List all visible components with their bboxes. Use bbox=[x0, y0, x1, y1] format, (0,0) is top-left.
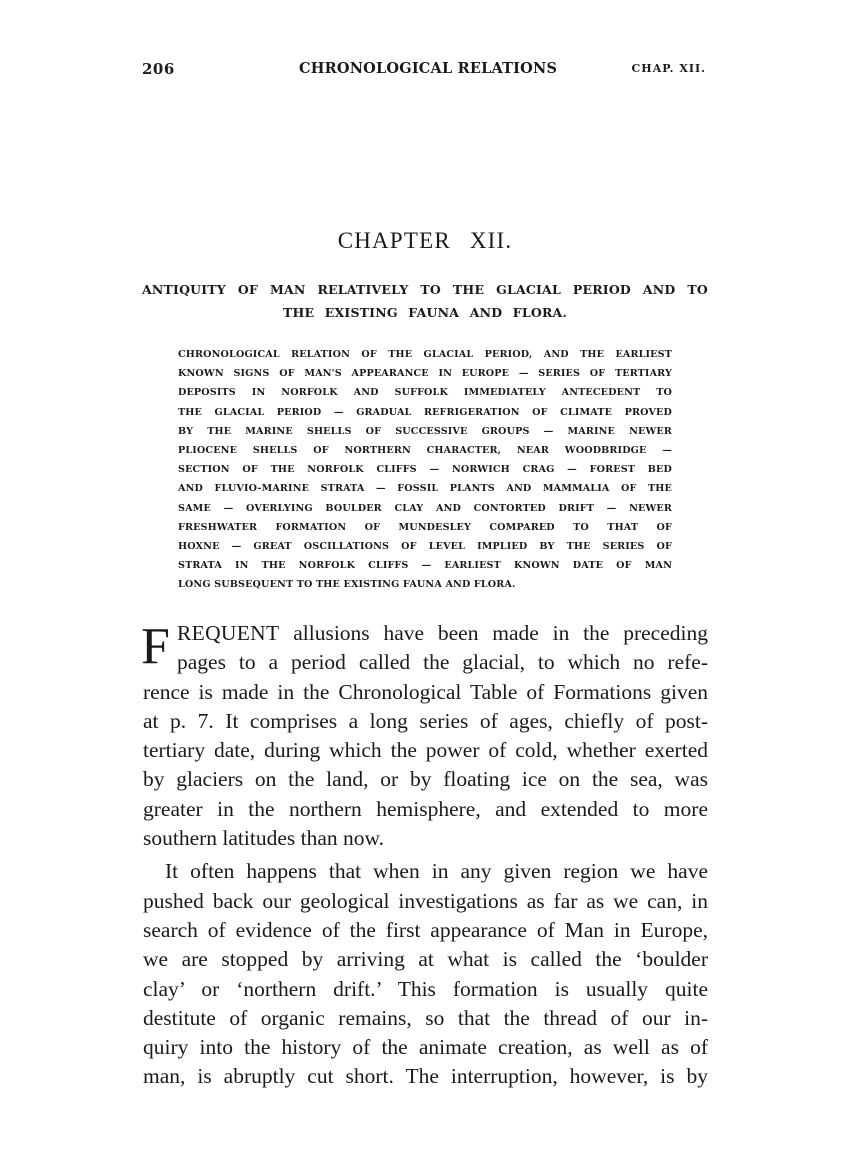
body-line: pushed back our geological investigation… bbox=[143, 887, 708, 916]
running-title: CHRONOLOGICAL RELATIONS bbox=[299, 60, 557, 77]
body-text: F REQUENT allusions have been made in th… bbox=[143, 619, 708, 1092]
body-line: tertiary date, during which the power of… bbox=[143, 736, 708, 765]
summary-line: DEPOSITS IN NORFOLK AND SUFFOLK IMMEDIAT… bbox=[178, 383, 672, 402]
summary-line: LONG SUBSEQUENT TO THE EXISTING FAUNA AN… bbox=[178, 575, 672, 594]
summary-line: FRESHWATER FORMATION OF MUNDESLEY COMPAR… bbox=[178, 518, 672, 537]
chapter-number: CHAPTER XII. bbox=[0, 228, 850, 254]
body-line: greater in the northern hemisphere, and … bbox=[143, 795, 708, 824]
chapter-title-line: ANTIQUITY OF MAN RELATIVELY TO THE GLACI… bbox=[142, 278, 708, 301]
chapter-title: ANTIQUITY OF MAN RELATIVELY TO THE GLACI… bbox=[142, 278, 708, 324]
summary-line: THE GLACIAL PERIOD — GRADUAL REFRIGERATI… bbox=[178, 403, 672, 422]
page-number: 206 bbox=[142, 60, 175, 78]
body-line: southern latitudes than now. bbox=[143, 824, 708, 853]
body-line: It often happens that when in any given … bbox=[143, 857, 708, 886]
body-line: REQUENT allusions have been made in the … bbox=[143, 619, 708, 648]
opening-line-rest: allusions have been made in the precedin… bbox=[279, 621, 708, 645]
body-line: destitute of organic remains, so that th… bbox=[143, 1004, 708, 1033]
summary-line: SAME — OVERLYING BOULDER CLAY AND CONTOR… bbox=[178, 499, 672, 518]
summary-line: AND FLUVIO-MARINE STRATA — FOSSIL PLANTS… bbox=[178, 479, 672, 498]
body-line: by glaciers on the land, or by floating … bbox=[143, 765, 708, 794]
body-line: at p. 7. It comprises a long series of a… bbox=[143, 707, 708, 736]
summary-line: SECTION OF THE NORFOLK CLIFFS — NORWICH … bbox=[178, 460, 672, 479]
body-line: quiry into the history of the animate cr… bbox=[143, 1033, 708, 1062]
summary-line: STRATA IN THE NORFOLK CLIFFS — EARLIEST … bbox=[178, 556, 672, 575]
opening-word: REQUENT bbox=[177, 621, 279, 645]
paragraph-1: REQUENT allusions have been made in the … bbox=[143, 619, 708, 853]
body-line: pages to a period called the glacial, to… bbox=[143, 648, 708, 677]
body-line: search of evidence of the first appearan… bbox=[143, 916, 708, 945]
body-line: rence is made in the Chronological Table… bbox=[143, 678, 708, 707]
running-header: 206 CHRONOLOGICAL RELATIONS CHAP. XII. bbox=[142, 60, 708, 80]
book-page: 206 CHRONOLOGICAL RELATIONS CHAP. XII. C… bbox=[0, 0, 850, 1150]
summary-line: BY THE MARINE SHELLS OF SUCCESSIVE GROUP… bbox=[178, 422, 672, 441]
body-line: man, is abruptly cut short. The interrup… bbox=[143, 1062, 708, 1091]
drop-cap: F bbox=[141, 621, 170, 673]
summary-line: CHRONOLOGICAL RELATION OF THE GLACIAL PE… bbox=[178, 345, 672, 364]
summary-line: KNOWN SIGNS OF MAN'S APPEARANCE IN EUROP… bbox=[178, 364, 672, 383]
running-chapter: CHAP. XII. bbox=[632, 62, 706, 75]
body-line: clay’ or ‘northern drift.’ This formatio… bbox=[143, 975, 708, 1004]
chapter-title-line: THE EXISTING FAUNA AND FLORA. bbox=[142, 301, 708, 324]
body-line: we are stopped by arriving at what is ca… bbox=[143, 945, 708, 974]
paragraph-2: It often happens that when in any given … bbox=[143, 857, 708, 1091]
chapter-summary: CHRONOLOGICAL RELATION OF THE GLACIAL PE… bbox=[178, 345, 672, 594]
summary-line: PLIOCENE SHELLS OF NORTHERN CHARACTER, N… bbox=[178, 441, 672, 460]
summary-line: HOXNE — GREAT OSCILLATIONS OF LEVEL IMPL… bbox=[178, 537, 672, 556]
